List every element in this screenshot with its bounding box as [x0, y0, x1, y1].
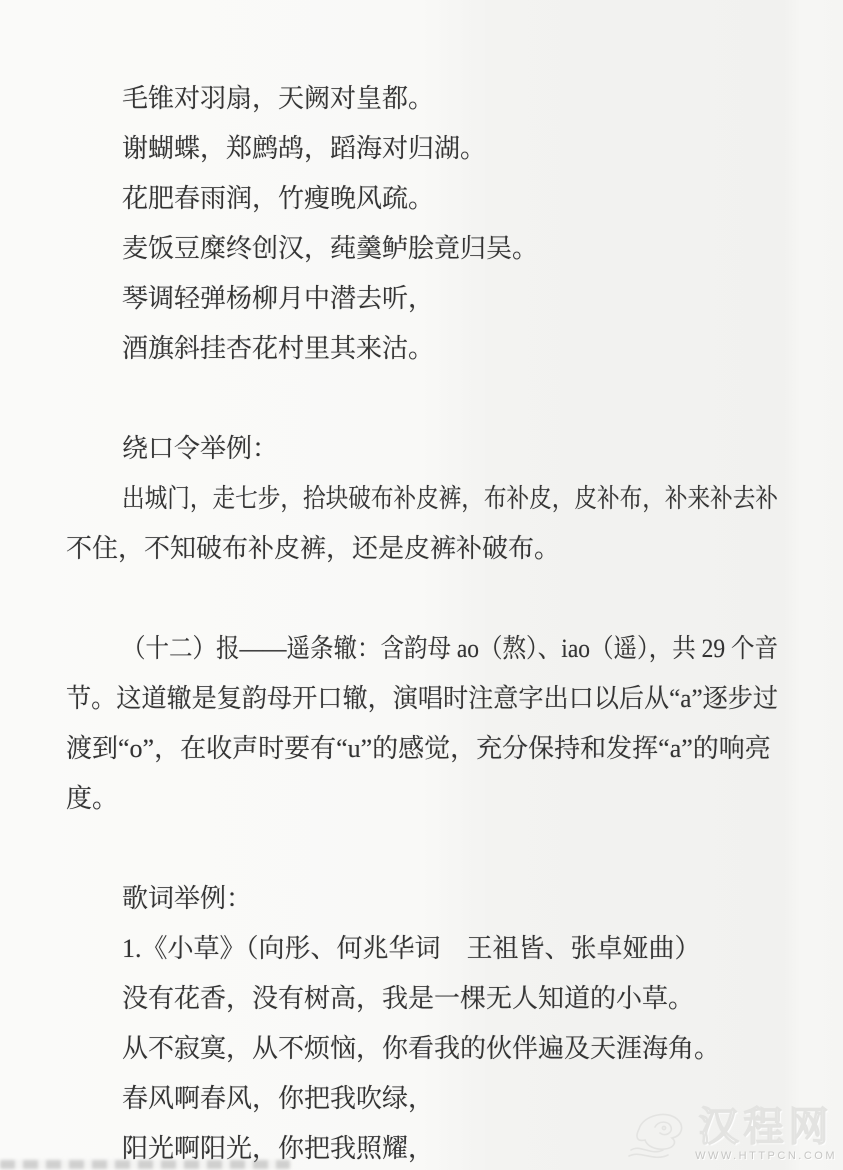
text-line-content: 琴调轻弹杨柳月中潜去听， [122, 274, 434, 324]
text-line: （十二）报——遥条辙：含韵母 ao（熬）、iao（遥），共 29 个音 [66, 624, 778, 674]
text-line: 1.《小草》（向彤、何兆华词 王祖皆、张卓娅曲） [66, 924, 778, 974]
text-line: 麦饭豆糜终创汉，莼羹鲈脍竟归吴。 [66, 224, 778, 274]
text-line: 没有花香，没有树高，我是一棵无人知道的小草。 [66, 974, 778, 1024]
text-line-content: 度。 [66, 774, 118, 824]
text-line-content: 花肥春雨润，竹瘦晚风疏。 [122, 174, 434, 224]
text-line: 谢蝴蝶，郑鹧鸪，蹈海对归湖。 [66, 124, 778, 174]
paragraph-gap [66, 824, 778, 874]
text-line-content: 毛锥对羽扇，天阙对皇都。 [122, 74, 434, 124]
text-line: 从不寂寞，从不烦恼，你看我的伙伴遍及天涯海角。 [66, 1024, 778, 1074]
text-line: 花肥春雨润，竹瘦晚风疏。 [66, 174, 778, 224]
text-line: 出城门，走七步，拾块破布补皮裤，布补皮，皮补布，补来补去补 [66, 474, 778, 524]
watermark-text: 汉程网 WWW.HTTPCN.COM [695, 1106, 837, 1162]
text-line: 琴调轻弹杨柳月中潜去听， [66, 274, 778, 324]
text-line: 节。这道辙是复韵母开口辙，演唱时注意字出口以后从“a”逐步过 [66, 674, 778, 724]
text-line-content: 谢蝴蝶，郑鹧鸪，蹈海对归湖。 [122, 124, 486, 174]
text-line: 歌词举例： [66, 874, 778, 924]
text-line: 毛锥对羽扇，天阙对皇都。 [66, 74, 778, 124]
text-line-content: 从不寂寞，从不烦恼，你看我的伙伴遍及天涯海角。 [122, 1024, 720, 1074]
text-line-content: 1.《小草》（向彤、何兆华词 王祖皆、张卓娅曲） [122, 924, 701, 974]
text-line-content: 春风啊春风，你把我吹绿， [122, 1074, 434, 1124]
text-line: 度。 [66, 774, 778, 824]
text-line-content: 麦饭豆糜终创汉，莼羹鲈脍竟归吴。 [122, 224, 538, 274]
text-line-content: 歌词举例： [122, 874, 252, 924]
text-line-content: 酒旗斜挂杏花村里其来沽。 [122, 324, 434, 374]
httpcn-logo-icon [627, 1107, 689, 1161]
scan-artifact [0, 1160, 290, 1169]
text-line-content: 绕口令举例： [122, 424, 278, 474]
text-line: 酒旗斜挂杏花村里其来沽。 [66, 324, 778, 374]
text-line-content: 不住，不知破布补皮裤，还是皮裤补破布。 [66, 524, 560, 574]
scanned-document-page: 毛锥对羽扇，天阙对皇都。谢蝴蝶，郑鹧鸪，蹈海对归湖。花肥春雨润，竹瘦晚风疏。麦饭… [0, 0, 843, 1170]
watermark: 汉程网 WWW.HTTPCN.COM [627, 1106, 837, 1162]
text-line: 绕口令举例： [66, 424, 778, 474]
paragraph-gap [66, 574, 778, 624]
text-line-content: 没有花香，没有树高，我是一棵无人知道的小草。 [122, 974, 694, 1024]
text-line-content: 节。这道辙是复韵母开口辙，演唱时注意字出口以后从“a”逐步过 [66, 674, 778, 724]
text-line-content: 出城门，走七步，拾块破布补皮裤，布补皮，皮补布，补来补去补 [122, 474, 778, 524]
text-line: 不住，不知破布补皮裤，还是皮裤补破布。 [66, 524, 778, 574]
watermark-site-name: 汉程网 [699, 1106, 834, 1148]
text-line: 渡到“o”，在收声时要有“u”的感觉，充分保持和发挥“a”的响亮 [66, 724, 778, 774]
text-line-content: 渡到“o”，在收声时要有“u”的感觉，充分保持和发挥“a”的响亮 [66, 724, 771, 774]
text-line-content: （十二）报——遥条辙：含韵母 ao（熬）、iao（遥），共 29 个音 [122, 624, 778, 674]
watermark-site-url: WWW.HTTPCN.COM [695, 1150, 837, 1162]
paragraph-gap [66, 374, 778, 424]
document-text: 毛锥对羽扇，天阙对皇都。谢蝴蝶，郑鹧鸪，蹈海对归湖。花肥春雨润，竹瘦晚风疏。麦饭… [66, 74, 778, 1170]
